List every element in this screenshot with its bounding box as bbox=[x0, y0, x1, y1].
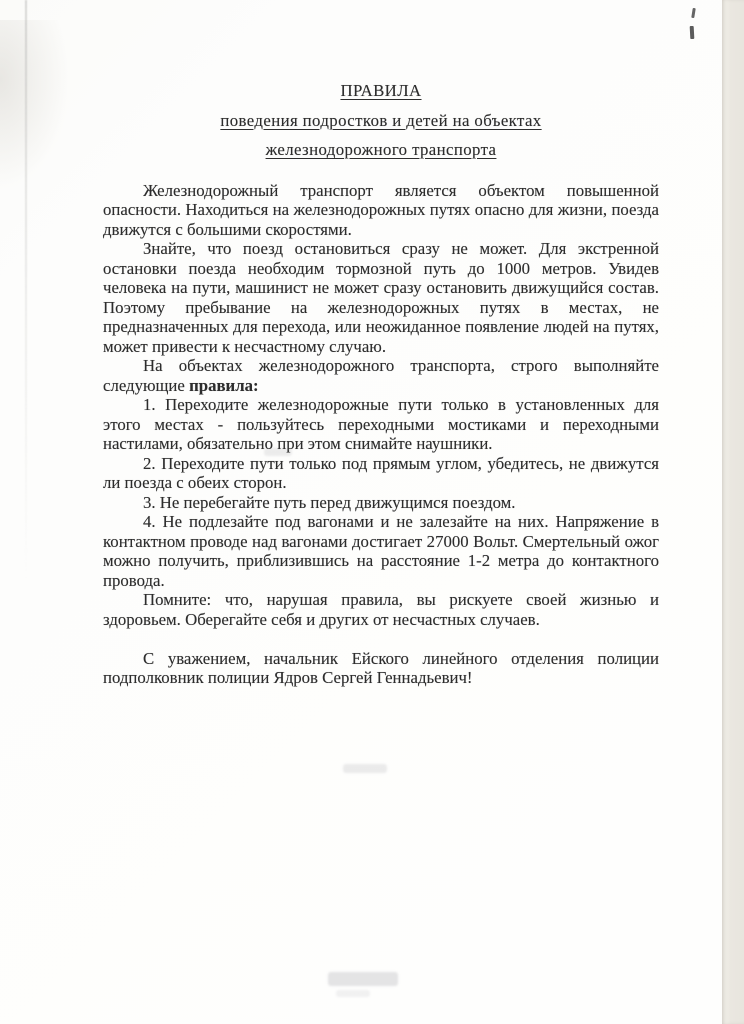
document-title: ПРАВИЛА поведения подростков и детей на … bbox=[103, 76, 659, 165]
scan-right-edge-band bbox=[722, 0, 744, 1024]
reminder-paragraph: Помните: что, нарушая правила, вы рискуе… bbox=[103, 590, 659, 629]
document-body: ПРАВИЛА поведения подростков и детей на … bbox=[103, 76, 659, 688]
rules-lead-bold-word: правила: bbox=[189, 376, 259, 395]
bleed-through-smudge bbox=[328, 972, 398, 986]
rule-item-1: 1. Переходите железнодорожные пути тольк… bbox=[103, 395, 659, 454]
title-line-1: ПРАВИЛА bbox=[103, 76, 659, 106]
title-line-2: поведения подростков и детей на объектах bbox=[103, 106, 659, 136]
rule-item-3: 3. Не перебегайте путь перед движущимся … bbox=[103, 493, 659, 513]
signature-paragraph: С уважением, начальник Ейского линейного… bbox=[103, 649, 659, 688]
title-line-3: железнодорожного транспорта bbox=[103, 135, 659, 165]
bleed-through-smudge bbox=[343, 764, 387, 773]
left-crease-line bbox=[25, 0, 27, 580]
scanned-document-page: ПРАВИЛА поведения подростков и детей на … bbox=[0, 0, 744, 1024]
intro-paragraph: Железнодорожный транспорт является объек… bbox=[103, 181, 659, 240]
braking-distance-paragraph: Знайте, что поезд остановиться сразу не … bbox=[103, 239, 659, 356]
rule-item-2: 2. Переходите пути только под прямым угл… bbox=[103, 454, 659, 493]
rule-item-4: 4. Не подлезайте под вагонами и не залез… bbox=[103, 512, 659, 590]
scan-corner-shadow bbox=[0, 20, 70, 190]
staple-mark bbox=[690, 26, 695, 39]
bleed-through-smudge bbox=[336, 990, 370, 997]
rules-lead-text: На объектах железнодорожного транспорта,… bbox=[103, 356, 659, 395]
staple-mark bbox=[691, 8, 696, 18]
rules-lead-paragraph: На объектах железнодорожного транспорта,… bbox=[103, 356, 659, 395]
